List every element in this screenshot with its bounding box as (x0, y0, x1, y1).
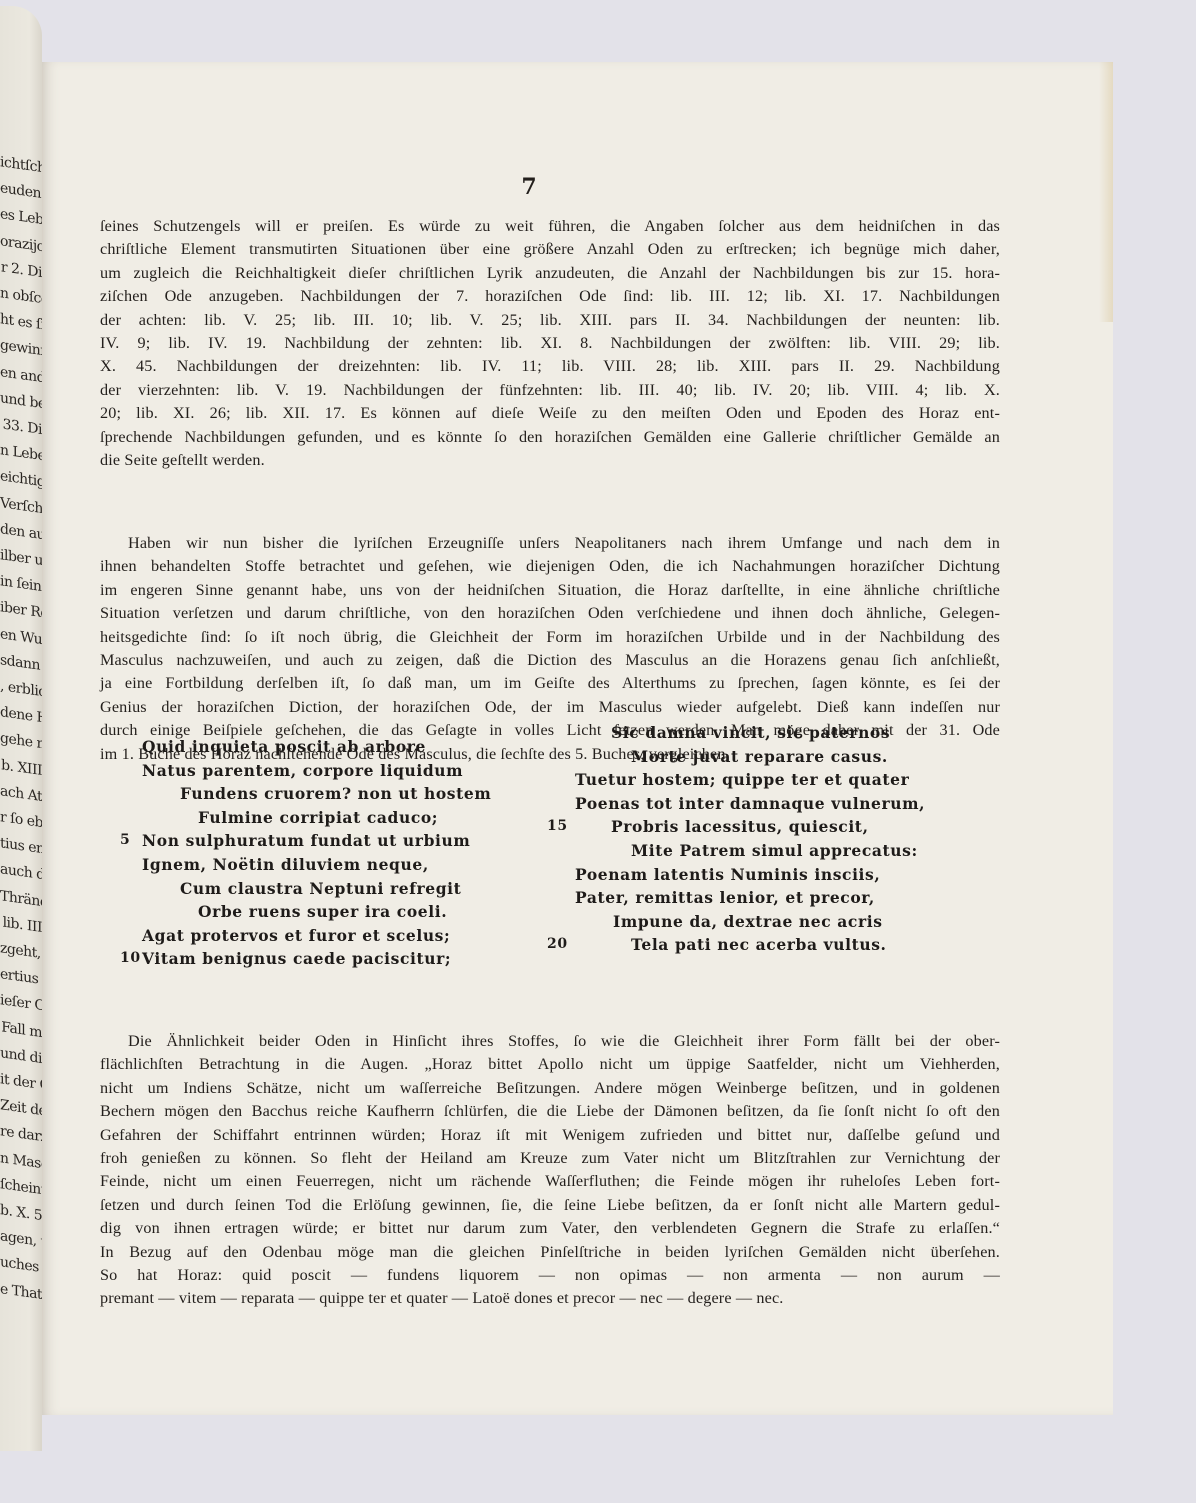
poem-right-column: Sic damna vincit, sic paternosMorte juva… (547, 721, 1007, 957)
left-page-fragment: Fall m (0, 1020, 42, 1040)
left-page-fragment: it der Gr (0, 1072, 42, 1092)
left-page-fragment: eichtigke (0, 469, 42, 489)
left-page-fragment: ht es ſi (0, 312, 42, 332)
text-line: ſprechende Nachbildungen gefunden, und e… (100, 426, 1000, 449)
left-page-fragment: n obſcön (0, 286, 42, 306)
text-line: flächlichſten Betrachtung in die Augen. … (100, 1053, 1000, 1076)
left-page-fragment: ertius g (0, 967, 42, 987)
left-page-fragment: und be (0, 391, 42, 411)
verse-text: Fundens cruorem? non ut hostem (180, 784, 491, 803)
text-line: ziſchen Ode anzugeben. Nachbildungen der… (100, 285, 1000, 308)
text-line: der vierzehnten: lib. V. 19. Nachbildung… (100, 379, 1000, 402)
left-page-fragment: e Thaten (0, 1282, 42, 1302)
left-page-fragment: Thränen (0, 889, 42, 909)
text-line: der achten: lib. V. 25; lib. III. 10; li… (100, 309, 1000, 332)
left-page-fragment: es Leben (0, 207, 42, 227)
verse-text: Ignem, Noëtin diluviem neque, (142, 855, 429, 874)
verse-text: Natus parentem, corpore liquidum (142, 761, 463, 780)
text-line: IV. 9; lib. IV. 19. Nachbildung der zehn… (100, 332, 1000, 355)
text-line: chriſtliche Element transmutirten Situat… (100, 238, 1000, 261)
verse-text: Impune da, dextrae nec acris (613, 912, 883, 931)
verse-text: Mite Patrem simul apprecatus: (631, 841, 918, 860)
paragraph-3: Die Ähnlichkeit beider Oden in Hinſicht … (100, 1030, 1000, 1311)
text-line: Bechern mögen den Bacchus reiche Kaufher… (100, 1100, 1000, 1123)
left-page-fragment: und di (0, 1046, 42, 1066)
poem-verse: Mite Patrem simul apprecatus: (547, 839, 1007, 863)
right-page: 7 ſeines Schutzengels will er preiſen. E… (42, 62, 1113, 1415)
verse-text: Morte juvat reparare casus. (631, 747, 888, 766)
poem-verse: Quid inquieta poscit ab arbore (122, 735, 542, 759)
verse-number: 5 (120, 829, 130, 853)
left-page-fragment: in ſeine (0, 574, 42, 594)
left-page-fragment: dene Hi (0, 705, 42, 725)
left-page-fragment: gehe no (0, 731, 42, 751)
left-page-fragment: zgeht, i (0, 941, 42, 961)
text-line: ihnen behandelten Stoffe betrachtet und … (100, 555, 1000, 578)
left-page-fragment: b. X. 5; (0, 1203, 42, 1223)
left-page-fragment: b. XIII (0, 758, 42, 778)
text-line: Haben wir nun bisher die lyriſchen Erzeu… (100, 532, 1000, 555)
text-line: Masculus nachzuweiſen, und auch zu zeige… (100, 649, 1000, 672)
page-number: 7 (509, 174, 549, 200)
text-line: ſeines Schutzengels will er preiſen. Es … (100, 215, 1000, 238)
left-page-fragment: agen, un (0, 1229, 42, 1249)
poem-verse: Poenam latentis Numinis insciis, (547, 863, 1007, 887)
left-page-fragment: ichtſchw (0, 155, 42, 175)
left-page-fragment: r 2. Di (0, 260, 42, 280)
text-line: So hat Horaz: quid poscit — fundens liqu… (100, 1264, 1000, 1287)
left-page-fragment: ſcheinun (0, 1177, 42, 1197)
verse-text: Poenam latentis Numinis insciis, (575, 865, 880, 884)
verse-number: 20 (547, 933, 568, 957)
text-line: Feinde, nicht um einen Feuerregen, nicht… (100, 1170, 1000, 1193)
text-line: ſetzen und durch ſeinen Tod die Erlöſung… (100, 1194, 1000, 1217)
left-page-fragment: en Wun (0, 627, 42, 647)
verse-text: Agat protervos et furor et scelus; (142, 926, 450, 945)
verse-text: Tela pati nec acerba vultus. (631, 935, 887, 954)
left-page-fragment: lib. III (0, 915, 42, 935)
verse-text: Cum claustra Neptuni refregit (180, 879, 461, 898)
text-line: im engeren Sinne genannt habe, uns von d… (100, 579, 1000, 602)
text-line: dig von ihnen ertragen würde; er bittet … (100, 1217, 1000, 1240)
left-page-fragment: , erblick (0, 679, 42, 699)
left-page-fragment: sdann ſi (0, 653, 42, 673)
poem-verse: 5Non sulphuratum fundat ut urbium (122, 829, 542, 853)
poem-verse: 10Vitam benignus caede paciscitur; (122, 947, 542, 971)
poem-verse: Fundens cruorem? non ut hostem (122, 782, 542, 806)
left-page-fragment: 33. Di (0, 417, 42, 437)
poem-verse: Ignem, Noëtin diluviem neque, (122, 853, 542, 877)
left-page-edge: ichtſchweuden bes Lebenorazijchr 2. Din … (0, 6, 42, 1451)
left-page-fragment: n Lebens (0, 443, 42, 463)
left-page-fragment: re darzu (0, 1124, 42, 1144)
left-page-fragment: euden b (0, 181, 42, 201)
poem-verse: Orbe ruens super ira coeli. (122, 900, 542, 924)
text-line: nicht um Indiens Schätze, nicht um waſſe… (100, 1077, 1000, 1100)
text-line: heitsgedichte ſind: ſo iſt noch übrig, d… (100, 626, 1000, 649)
left-page-fragment: ilber un (0, 548, 42, 568)
text-line: um zugleich die Reichhaltigkeit dieſer c… (100, 262, 1000, 285)
text-line: Die Ähnlichkeit beider Oden in Hinſicht … (100, 1030, 1000, 1053)
left-page-fragment: ieſer Od (0, 993, 42, 1013)
poem-verse: Poenas tot inter damnaque vulnerum, (547, 792, 1007, 816)
text-line: die Seite geſtellt werden. (100, 449, 1000, 472)
poem-verse: Tuetur hostem; quippe ter et quater (547, 768, 1007, 792)
poem-verse: 15Probris lacessitus, quiescit, (547, 815, 1007, 839)
left-page-fragment: iber Ro (0, 600, 42, 620)
left-page-fragment: en ander (0, 365, 42, 385)
verse-text: Pater, remittas lenior, et precor, (575, 888, 875, 907)
poem-verse: Natus parentem, corpore liquidum (122, 759, 542, 783)
poem-verse: Pater, remittas lenior, et precor, (547, 886, 1007, 910)
left-page-fragment: auch de (0, 862, 42, 882)
poem-verse: Impune da, dextrae nec acris (547, 910, 1007, 934)
left-page-fragment: uches de (0, 1255, 42, 1275)
verse-text: Vitam benignus caede paciscitur; (142, 949, 451, 968)
text-line: premant — vitem — reparata — quippe ter … (100, 1287, 1000, 1310)
paragraph-1: ſeines Schutzengels will er preiſen. Es … (100, 215, 1000, 472)
poem-left-column: Quid inquieta poscit ab arboreNatus pare… (122, 735, 542, 971)
poem-verse: 20Tela pati nec acerba vultus. (547, 933, 1007, 957)
left-page-fragment: gewinnen (0, 338, 42, 358)
verse-text: Poenas tot inter damnaque vulnerum, (575, 794, 925, 813)
left-page-fragment: n Masc (0, 1151, 42, 1171)
text-line: ja eine Fortbildung derſelben iſt, ſo da… (100, 672, 1000, 695)
left-page-fragment: den au (0, 522, 42, 542)
left-page-fragment: ach Attik (0, 784, 42, 804)
left-page-fragment: Verſchied (0, 496, 42, 516)
poem-verse: Agat protervos et furor et scelus; (122, 924, 542, 948)
poem-verse: Fulmine corripiat caduco; (122, 806, 542, 830)
text-line: Genius der horaziſchen Diction, der hora… (100, 696, 1000, 719)
text-line: 20; lib. XI. 26; lib. XII. 17. Es können… (100, 402, 1000, 425)
verse-text: Non sulphuratum fundat ut urbium (142, 831, 470, 850)
verse-text: Probris lacessitus, quiescit, (611, 817, 869, 836)
left-page-fragment: r ſo eb (0, 810, 42, 830)
poem-verse: Morte juvat reparare casus. (547, 745, 1007, 769)
left-page-fragment: tius en (0, 836, 42, 856)
poem-verse: Cum claustra Neptuni refregit (122, 877, 542, 901)
verse-text: Quid inquieta poscit ab arbore (142, 737, 426, 756)
verse-text: Orbe ruens super ira coeli. (198, 902, 447, 921)
verse-number: 10 (120, 947, 141, 971)
verse-text: Sic damna vincit, sic paternos (611, 723, 890, 742)
left-page-fragment: Zeit de (0, 1098, 42, 1118)
verse-text: Tuetur hostem; quippe ter et quater (575, 770, 909, 789)
text-line: In Bezug auf den Odenbau möge man die gl… (100, 1241, 1000, 1264)
verse-text: Fulmine corripiat caduco; (198, 808, 438, 827)
text-line: Situation verſetzen und darum chriſtlich… (100, 602, 1000, 625)
poem-verse: Sic damna vincit, sic paternos (547, 721, 1007, 745)
text-line: X. 45. Nachbildungen der dreizehnten: li… (100, 355, 1000, 378)
text-line: Gefahren der Schiffahrt entrinnen würden… (100, 1124, 1000, 1147)
left-page-fragment: orazijch (0, 234, 42, 254)
verse-number: 15 (547, 815, 568, 839)
text-line: froh genießen zu können. So fleht der He… (100, 1147, 1000, 1170)
